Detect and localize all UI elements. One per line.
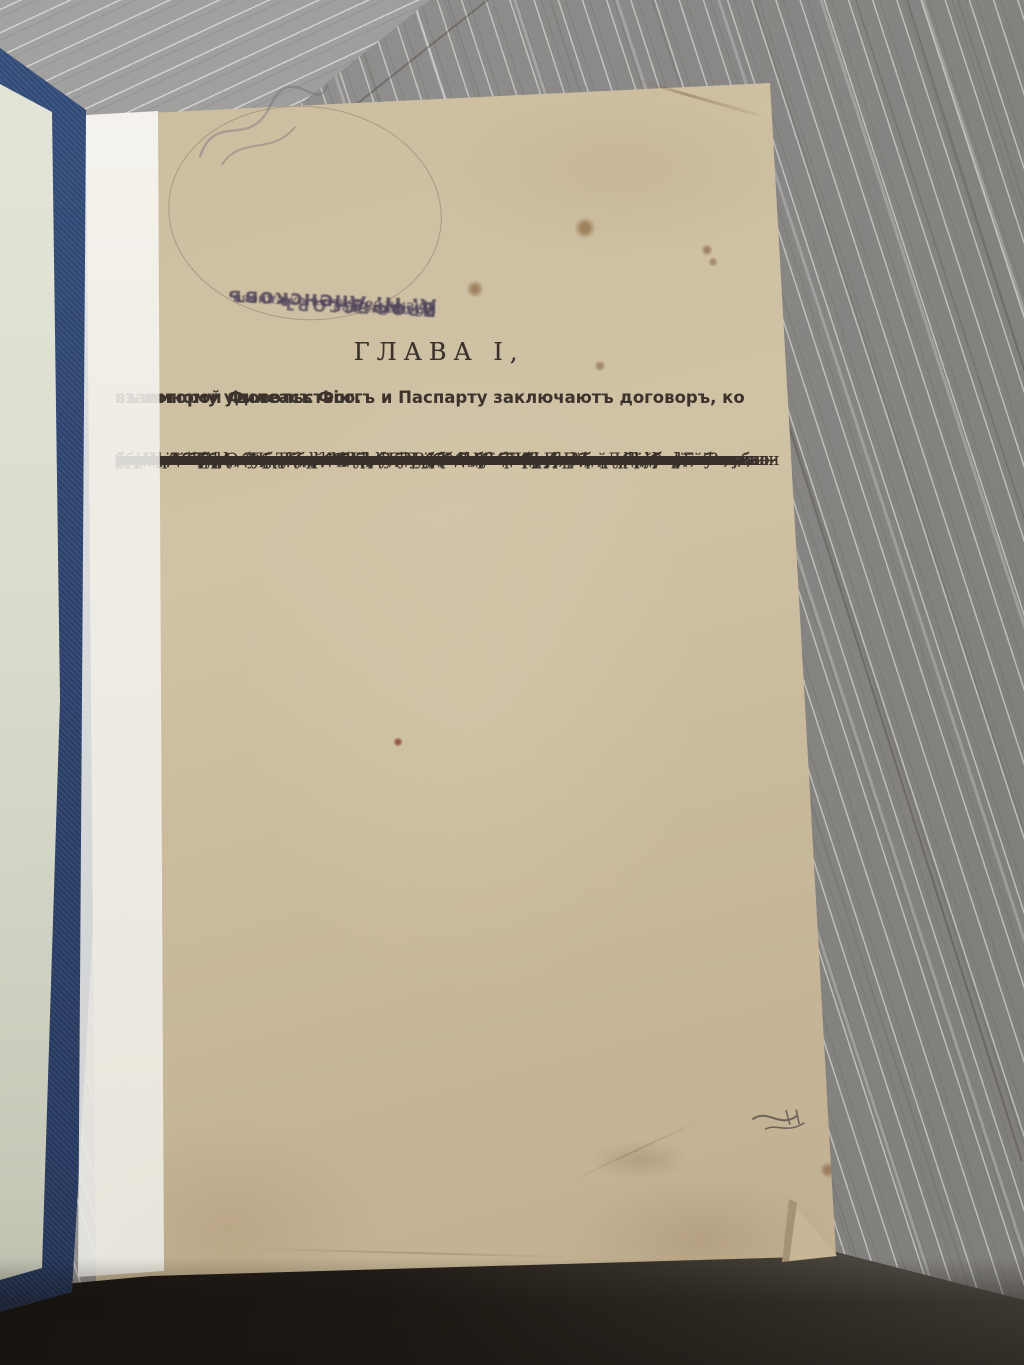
chapter-heading: ГЛАВА I, bbox=[115, 338, 763, 366]
photo-of-open-book: ПРОФЕССОРЪ А. Н. Апенсковъ пріемъ больны… bbox=[0, 0, 1024, 1365]
